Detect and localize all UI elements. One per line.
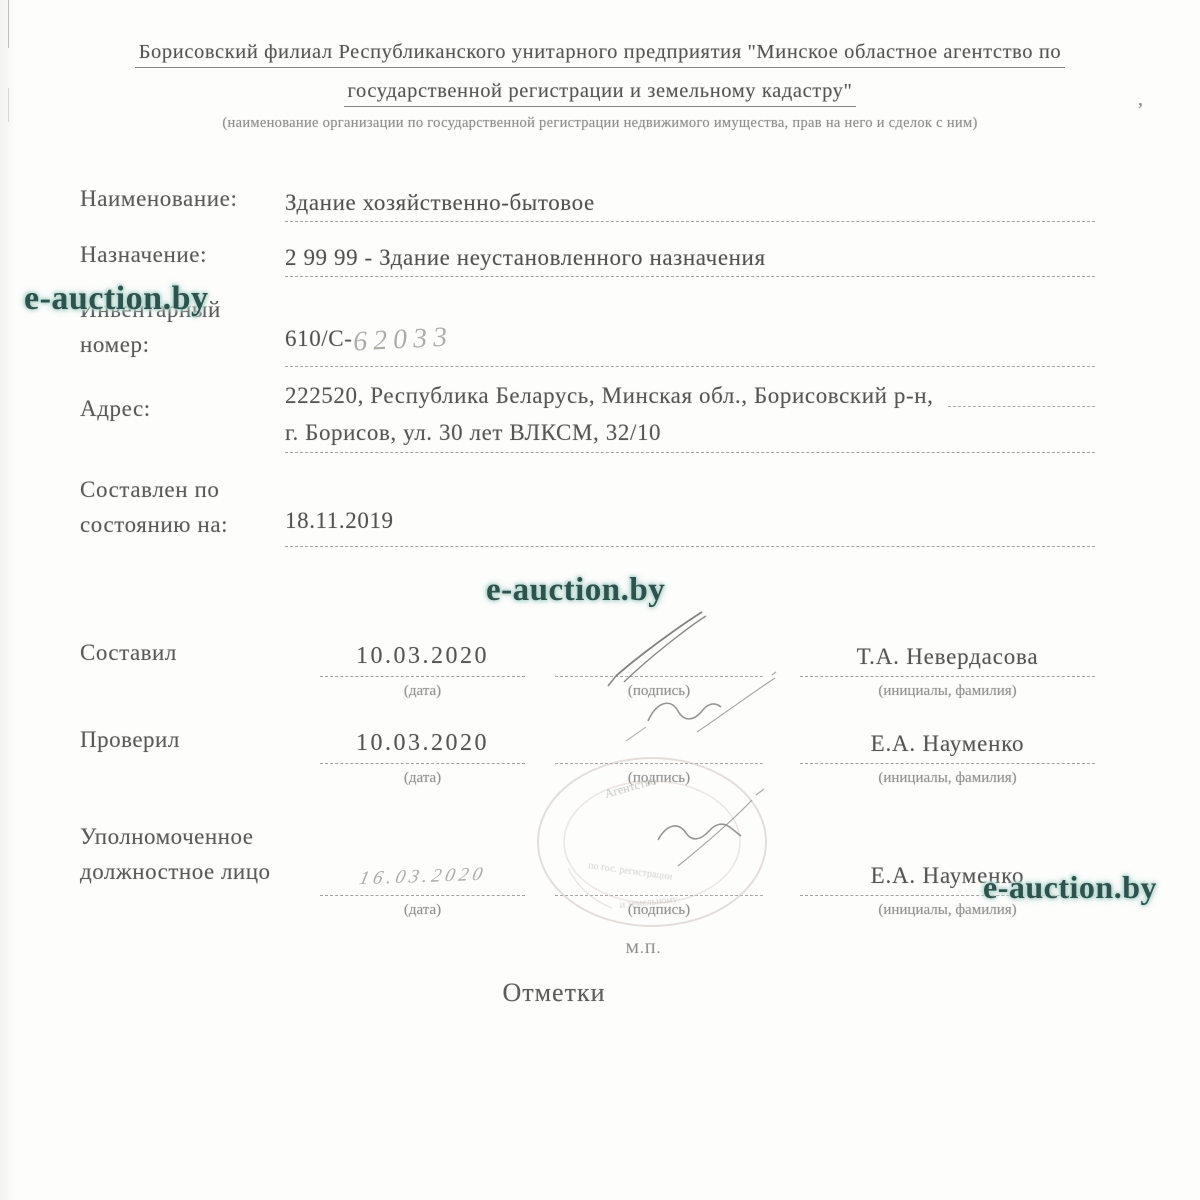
caption-signature: (подпись) (555, 902, 763, 919)
marks-title: Отметки (0, 978, 1154, 1008)
e-auction-watermark: e-auction.by (983, 869, 1157, 906)
caption-signature: (подпись) (555, 683, 763, 700)
signature-line (555, 729, 763, 764)
caption-name: (инициалы, фамилия) (800, 770, 1095, 787)
seal-place-label: М.П. (80, 941, 1095, 958)
e-auction-watermark: e-auction.by (24, 280, 209, 318)
organization-name-line1: Борисовский филиал Республиканского унит… (0, 40, 1200, 66)
field-purpose: Назначение: 2 99 99 - Здание неустановле… (80, 238, 1095, 278)
signature-section: Составил 10.03.2020 Т.А. Невердасова (да… (80, 635, 1095, 958)
address-line1: 222520, Республика Беларусь, Минская обл… (285, 383, 1095, 414)
field-compiled-label: Составлен по состоянию на: (80, 473, 285, 547)
caption-row: (дата) (подпись) (инициалы, фамилия) (80, 902, 1095, 919)
caption-date: (дата) (320, 902, 525, 919)
caption-date: (дата) (320, 683, 525, 700)
name-value: Е.А. Науменко (800, 731, 1095, 764)
field-purpose-label: Назначение: (80, 238, 285, 278)
organization-name-line2: государственной регистрации и земельному… (0, 79, 1200, 105)
scan-artifact (8, 0, 9, 48)
field-inventory-number: Инвентарный номер: 610/С-62033 (80, 293, 1095, 367)
organization-caption: (наименование организации по государстве… (0, 115, 1200, 132)
date-value: 10.03.2020 (320, 643, 525, 677)
address-line2: г. Борисов, ул. 30 лет ВЛКСМ, 32/10 (285, 420, 1095, 453)
caption-date: (дата) (320, 770, 525, 787)
caption-row: (дата) (подпись) (инициалы, фамилия) (80, 770, 1095, 787)
field-name: Наименование: Здание хозяйственно-бытово… (80, 182, 1095, 222)
role-label: Составил (80, 635, 320, 677)
field-name-label: Наименование: (80, 182, 285, 222)
signature-row-compiled: Составил 10.03.2020 Т.А. Невердасова (80, 635, 1095, 677)
field-name-value: Здание хозяйственно-бытовое (285, 190, 1095, 222)
caption-signature: (подпись) (555, 770, 763, 787)
role-label: Проверил (80, 722, 320, 764)
field-compiled-as-of: Составлен по состоянию на: 18.11.2019 (80, 473, 1095, 547)
scanned-document-page: , Борисовский филиал Республиканского ун… (0, 0, 1200, 1200)
document-header: Борисовский филиал Республиканского унит… (0, 0, 1200, 132)
field-address: Адрес: 222520, Республика Беларусь, Минс… (80, 383, 1095, 453)
field-inventory-value: 610/С-62033 (285, 322, 1095, 367)
name-value: Т.А. Невердасова (800, 644, 1095, 677)
date-value: 10.03.2020 (320, 730, 525, 764)
scan-artifact (8, 88, 9, 122)
scan-artifact: , (1138, 88, 1143, 111)
caption-row: (дата) (подпись) (инициалы, фамилия) (80, 683, 1095, 700)
field-purpose-value: 2 99 99 - Здание неустановленного назнач… (285, 245, 1095, 277)
date-value-handwritten: 16.03.2020 (320, 862, 525, 896)
role-label: Уполномоченное должностное лицо (80, 819, 320, 896)
fields-section: Наименование: Здание хозяйственно-бытово… (80, 182, 1095, 547)
signature-line (555, 642, 763, 677)
field-address-value: 222520, Республика Беларусь, Минская обл… (285, 383, 1095, 453)
ruled-line (948, 405, 1096, 407)
e-auction-watermark: e-auction.by (486, 572, 665, 609)
caption-name: (инициалы, фамилия) (800, 683, 1095, 700)
field-compiled-value: 18.11.2019 (285, 508, 1095, 547)
inventory-number-printed: 610/С- (285, 326, 353, 351)
signature-row-authorized: Уполномоченное должностное лицо 16.03.20… (80, 819, 1095, 896)
field-address-label: Адрес: (80, 392, 285, 445)
inventory-number-handwritten: 62033 (352, 322, 454, 359)
signature-row-checked: Проверил 10.03.2020 Е.А. Науменко (80, 722, 1095, 764)
signature-line (555, 861, 763, 896)
